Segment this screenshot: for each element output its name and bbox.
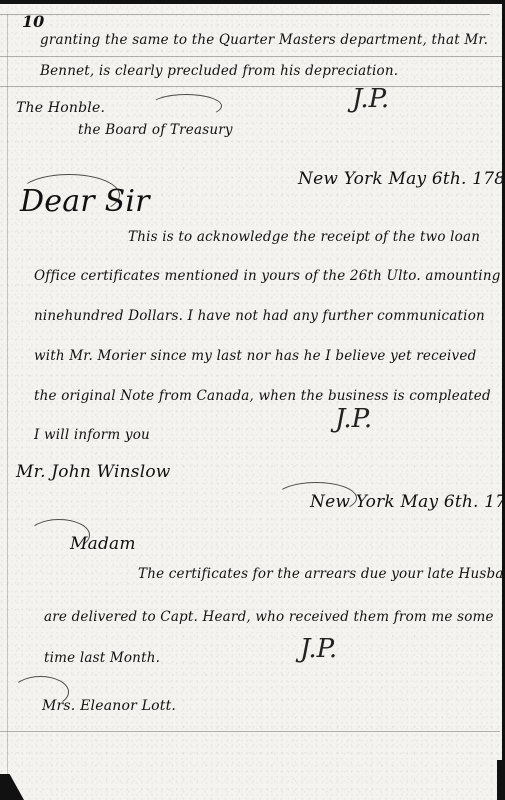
addressee-line: Mr. John Winslow xyxy=(16,462,171,482)
letter2-body-line: ninehundred Dollars. I have not had any … xyxy=(34,308,485,324)
dateline: New York May 6th. 1786 xyxy=(310,492,505,512)
letter2-body-line: This is to acknowledge the receipt of th… xyxy=(128,229,480,245)
signature-monogram: J.P. xyxy=(300,634,337,664)
signature-monogram: J.P. xyxy=(335,404,372,434)
addressee-line: The Honble. xyxy=(16,100,105,116)
manuscript-page: 10 granting the same to the Quarter Mast… xyxy=(0,4,502,800)
pen-flourish xyxy=(150,94,222,118)
letter1-line: Bennet, is clearly precluded from his de… xyxy=(40,63,398,79)
ruled-line xyxy=(0,731,500,732)
addressee-line: the Board of Treasury xyxy=(78,122,233,138)
letter1-line: granting the same to the Quarter Masters… xyxy=(40,32,488,48)
letter3-body-line: time last Month. xyxy=(44,650,160,666)
letter3-body-line: The certificates for the arrears due you… xyxy=(138,566,505,582)
pen-flourish xyxy=(18,174,120,216)
letter2-body-line: with Mr. Morier since my last nor has he… xyxy=(34,348,476,364)
letter2-body-line: Office certificates mentioned in yours o… xyxy=(34,268,505,284)
folio-number: 10 xyxy=(22,12,44,31)
letter3-body-line: are delivered to Capt. Heard, who receiv… xyxy=(44,609,494,625)
letter2-body-line: the original Note from Canada, when the … xyxy=(34,388,491,404)
signature-monogram: J.P. xyxy=(352,84,389,114)
letter2-body-line: I will inform you xyxy=(34,427,150,443)
left-margin-line xyxy=(7,14,8,774)
salutation: Madam xyxy=(70,534,136,554)
addressee-line: Mrs. Eleanor Lott. xyxy=(42,698,176,714)
ruled-line xyxy=(0,56,505,57)
ruled-line xyxy=(0,86,505,87)
ruled-line xyxy=(0,14,490,15)
dateline: New York May 6th. 1786 xyxy=(298,169,505,189)
scan-page-edge xyxy=(497,760,505,800)
